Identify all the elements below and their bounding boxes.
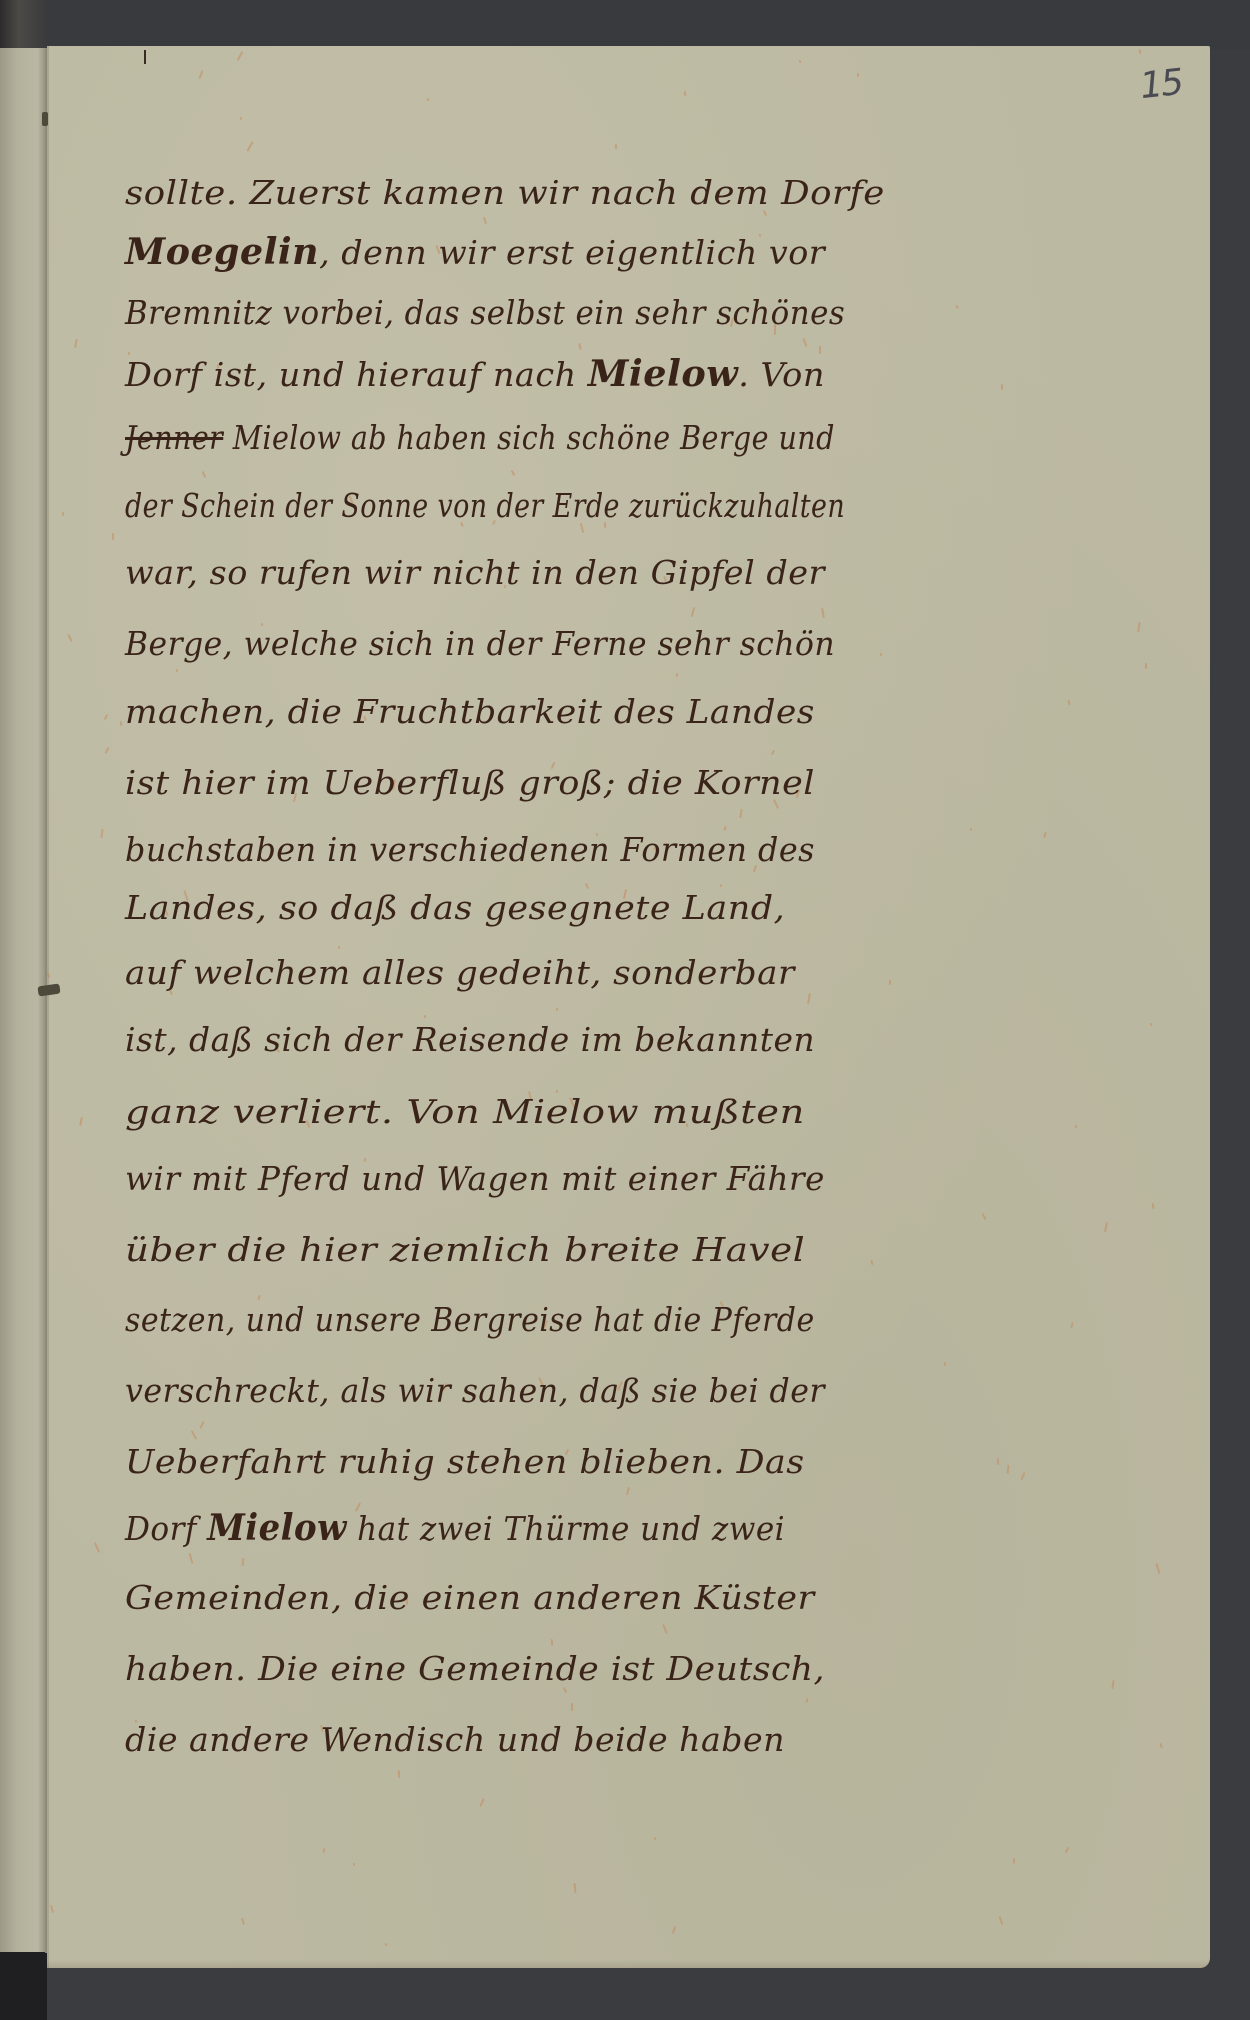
- line-text: setzen, und unsere Bergreise hat die Pfe…: [125, 1300, 815, 1339]
- manuscript-line: Ueberfahrt ruhig stehen blieben. Das: [125, 1442, 805, 1481]
- paper-fiber: [104, 747, 109, 754]
- paper-fiber: [247, 141, 254, 152]
- paper-fiber: [672, 1926, 676, 1934]
- paper-fiber: [1001, 384, 1004, 390]
- paper-fiber: [1145, 663, 1147, 669]
- paper-fiber: [807, 993, 811, 1004]
- line-text: der Schein der Sonne von der Erde zurück…: [125, 486, 845, 525]
- manuscript-line: über die hier ziemlich breite Havel: [125, 1230, 805, 1269]
- line-text: machen, die Fruchtbarkeit des Landes: [125, 692, 815, 731]
- place-name: Mielow: [207, 1507, 347, 1549]
- paper-fiber: [237, 51, 244, 61]
- paper-fiber: [79, 1117, 83, 1126]
- paper-fiber: [803, 338, 808, 347]
- line-text: wir mit Pferd und Wagen mit einer Fähre: [125, 1159, 825, 1198]
- binding-edge: [0, 0, 47, 48]
- paper-fiber: [119, 721, 122, 726]
- line-text: Mielow ab haben sich schöne Berge und: [223, 418, 835, 457]
- pen-tick-mark: [144, 50, 146, 64]
- paper-fiber: [799, 60, 802, 64]
- paper-fiber: [556, 1008, 559, 1012]
- paper-fiber: [67, 634, 72, 642]
- paper-fiber: [551, 1639, 553, 1646]
- paper-fiber: [571, 1703, 573, 1711]
- paper-fiber: [1151, 1203, 1154, 1209]
- manuscript-line: ist, daß sich der Reisende im bekannten: [125, 1020, 815, 1059]
- line-text: Dorf: [125, 1509, 207, 1548]
- paper-fiber: [739, 809, 742, 818]
- manuscript-line: setzen, und unsere Bergreise hat die Pfe…: [125, 1300, 815, 1339]
- paper-fiber: [997, 1458, 999, 1465]
- paper-fiber: [871, 1260, 874, 1265]
- manuscript-line: buchstaben in verschiedenen Formen des: [125, 830, 815, 869]
- paper-fiber: [199, 1421, 204, 1429]
- paper-fiber: [719, 884, 722, 888]
- paper-fiber: [1075, 1125, 1078, 1129]
- line-text: sollte. Zuerst kamen wir nach dem Dorfe: [125, 173, 885, 212]
- paper-fiber: [626, 1487, 630, 1495]
- paper-fiber: [654, 1837, 656, 1840]
- paper-fiber: [889, 980, 892, 985]
- manuscript-line: Dorf ist, und hierauf nach Mielow. Von: [125, 353, 825, 395]
- paper-fiber: [353, 1863, 355, 1866]
- paper-fiber: [821, 608, 825, 618]
- manuscript-line: sollte. Zuerst kamen wir nach dem Dorfe: [125, 173, 885, 212]
- paper-fiber: [198, 70, 203, 79]
- paper-fiber: [202, 471, 207, 478]
- paper-fiber: [771, 750, 775, 755]
- paper-fiber: [94, 1542, 100, 1553]
- place-name: Moegelin: [125, 231, 319, 273]
- paper-fiber: [999, 1916, 1004, 1925]
- line-text: ist, daß sich der Reisende im bekannten: [125, 1020, 815, 1059]
- paper-fiber: [1067, 700, 1070, 705]
- line-text: . Von: [738, 355, 825, 394]
- paper-fiber: [675, 673, 678, 677]
- paper-fiber: [1155, 1563, 1160, 1574]
- paper-fiber: [241, 1918, 245, 1925]
- paper-fiber: [483, 217, 487, 224]
- paper-fiber: [191, 1430, 198, 1440]
- line-text: über die hier ziemlich breite Havel: [125, 1230, 805, 1269]
- paper-fiber: [857, 73, 860, 77]
- paper-fiber: [805, 1698, 809, 1703]
- paper-fiber: [1065, 1847, 1069, 1853]
- paper-fiber: [62, 512, 65, 516]
- line-text: Dorf ist, und hierauf nach: [125, 355, 588, 394]
- line-text: Bremnitz vorbei, das selbst ein sehr sch…: [125, 293, 845, 332]
- paper-fiber: [691, 607, 696, 617]
- manuscript-line: haben. Die eine Gemeinde ist Deutsch,: [125, 1649, 825, 1688]
- paper-fiber: [239, 117, 242, 121]
- paper-fiber: [1020, 1472, 1025, 1480]
- paper-fiber: [573, 1883, 576, 1893]
- paper-fiber: [50, 1905, 54, 1913]
- line-text: Ueberfahrt ruhig stehen blieben. Das: [125, 1442, 805, 1481]
- line-text: die andere Wendisch und beide haben: [125, 1720, 785, 1759]
- line-text: auf welchem alles gedeiht, sonderbar: [125, 953, 795, 992]
- paper-fiber: [74, 339, 78, 348]
- manuscript-line: ganz verliert. Von Mielow mußten: [125, 1092, 805, 1131]
- paper-fiber: [944, 1362, 947, 1366]
- manuscript-line: Dorf Mielow hat zwei Thürme und zwei: [125, 1507, 785, 1549]
- paper-fiber: [982, 1213, 987, 1220]
- paper-fiber: [424, 1015, 426, 1018]
- manuscript-line: Berge, welche sich in der Ferne sehr sch…: [125, 624, 835, 663]
- manuscript-line: Jenner Mielow ab haben sich schöne Berge…: [125, 418, 835, 457]
- line-text: Gemeinden, die einen anderen Küster: [125, 1578, 815, 1617]
- paper-fiber: [1070, 1322, 1073, 1328]
- paper-fiber: [104, 714, 109, 720]
- manuscript-line: die andere Wendisch und beide haben: [125, 1720, 785, 1759]
- scan-background: [0, 0, 1250, 50]
- paper-fiber: [1104, 1222, 1108, 1232]
- line-text: haben. Die eine Gemeinde ist Deutsch,: [125, 1649, 825, 1688]
- manuscript-line: auf welchem alles gedeiht, sonderbar: [125, 953, 795, 992]
- place-name: Mielow: [588, 353, 738, 395]
- spine-fold-line: [45, 48, 47, 1953]
- paper-fiber: [1043, 832, 1047, 838]
- line-text: verschreckt, als wir sahen, daß sie bei …: [125, 1371, 825, 1410]
- paper-fiber: [189, 1553, 194, 1564]
- manuscript-line: machen, die Fruchtbarkeit des Landes: [125, 692, 815, 731]
- manuscript-line: der Schein der Sonne von der Erde zurück…: [125, 486, 845, 525]
- manuscript-line: Moegelin, denn wir erst eigentlich vor: [125, 231, 825, 273]
- paper-fiber: [615, 144, 617, 149]
- paper-fiber: [384, 1943, 387, 1947]
- struck-word: Jenner: [125, 418, 223, 457]
- paper-fiber: [338, 946, 340, 949]
- manuscript-line: Gemeinden, die einen anderen Küster: [125, 1578, 815, 1617]
- paper-fiber: [1137, 622, 1141, 632]
- paper-fiber: [684, 91, 687, 96]
- adjacent-page-strip: [0, 0, 47, 2020]
- paper-fiber: [1013, 1858, 1015, 1864]
- manuscript-line: war, so rufen wir nicht in den Gipfel de…: [125, 553, 825, 592]
- binding-edge-bottom: [0, 1952, 47, 2020]
- manuscript-line: Bremnitz vorbei, das selbst ein sehr sch…: [125, 293, 845, 332]
- paper-fiber: [1007, 1465, 1010, 1474]
- line-text: Landes, so daß das gesegnete Land,: [125, 888, 785, 927]
- paper-fiber: [662, 1624, 668, 1634]
- page-number: 15: [1138, 62, 1184, 107]
- paper-fiber: [479, 1798, 485, 1807]
- manuscript-line: verschreckt, als wir sahen, daß sie bei …: [125, 1371, 825, 1410]
- paper-fiber: [578, 343, 581, 350]
- line-text: buchstaben in verschiedenen Formen des: [125, 830, 815, 869]
- paper-fiber: [1111, 1680, 1114, 1689]
- paper-fiber: [242, 1558, 245, 1566]
- paper-fiber: [1139, 49, 1142, 54]
- line-text: ganz verliert. Von Mielow mußten: [125, 1092, 805, 1131]
- manuscript-line: ist hier im Ueberfluß groß; die Kornel: [125, 763, 815, 802]
- line-text: ist hier im Ueberfluß groß; die Kornel: [125, 763, 815, 802]
- paper-fiber: [970, 828, 973, 831]
- paper-fiber: [955, 305, 959, 309]
- paper-fiber: [511, 470, 516, 476]
- paper-fiber: [880, 653, 882, 656]
- paper-fiber: [100, 829, 103, 838]
- paper-fiber: [1159, 1743, 1163, 1748]
- paper-fiber: [322, 1848, 325, 1853]
- paper-fiber: [1150, 1023, 1152, 1026]
- line-text: , denn wir erst eigentlich vor: [319, 233, 825, 272]
- line-text: war, so rufen wir nicht in den Gipfel de…: [125, 553, 825, 592]
- paper-fiber: [398, 1770, 401, 1778]
- line-text: hat zwei Thürme und zwei: [347, 1509, 785, 1548]
- line-text: Berge, welche sich in der Ferne sehr sch…: [125, 624, 835, 663]
- manuscript-line: wir mit Pferd und Wagen mit einer Fähre: [125, 1159, 825, 1198]
- ink-blot: [42, 112, 48, 126]
- paper-fiber: [427, 98, 430, 101]
- paper-fiber: [176, 669, 178, 672]
- paper-fiber: [112, 533, 114, 540]
- manuscript-line: Landes, so daß das gesegnete Land,: [125, 888, 785, 927]
